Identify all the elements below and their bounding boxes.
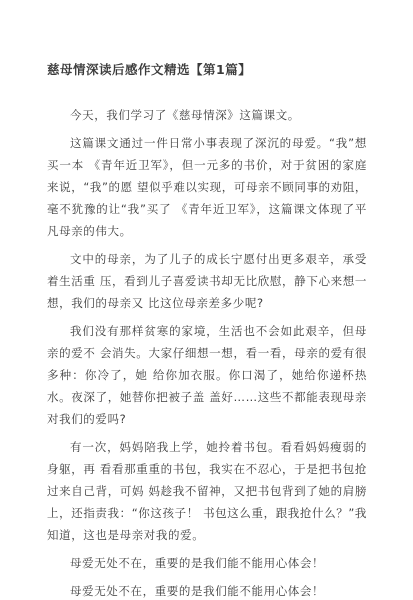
document-title: 慈母情深读后感作文精选【第1篇】 [47,62,367,78]
document-page: 慈母情深读后感作文精选【第1篇】 今天，我们学习了《慈母情深》这篇课文。 这篇课… [0,0,413,600]
paragraph-intro: 今天，我们学习了《慈母情深》这篇课文。 [47,104,367,126]
paragraph-closing-line-2: 母爱无处不在，重要的是我们能不能用心体会！ [47,580,367,600]
paragraph-closing-line-1: 母爱无处不在，重要的是我们能不能用心体会！ [47,552,367,574]
paragraph-schoolbag-anecdote: 有一次，妈妈陪我上学，她拎着书包。看看妈妈瘦弱的身躯，再 看看那重重的书包，我实… [47,436,367,546]
paragraph-reflection-mother: 文中的母亲，为了儿子的成长宁愿付出更多艰辛，承受着生活重 压，看到儿子喜爱读书却… [47,248,367,314]
paragraph-summary: 这篇课文通过一件日常小事表现了深沉的母爱。“我”想买一本 《青年近卫军》，但一元… [47,132,367,242]
document-body: 今天，我们学习了《慈母情深》这篇课文。 这篇课文通过一件日常小事表现了深沉的母爱… [47,104,367,600]
paragraph-mothers-love-examples: 我们没有那样贫寒的家境，生活也不会如此艰辛，但母亲的爱不 会消失。大家仔细想一想… [47,320,367,430]
